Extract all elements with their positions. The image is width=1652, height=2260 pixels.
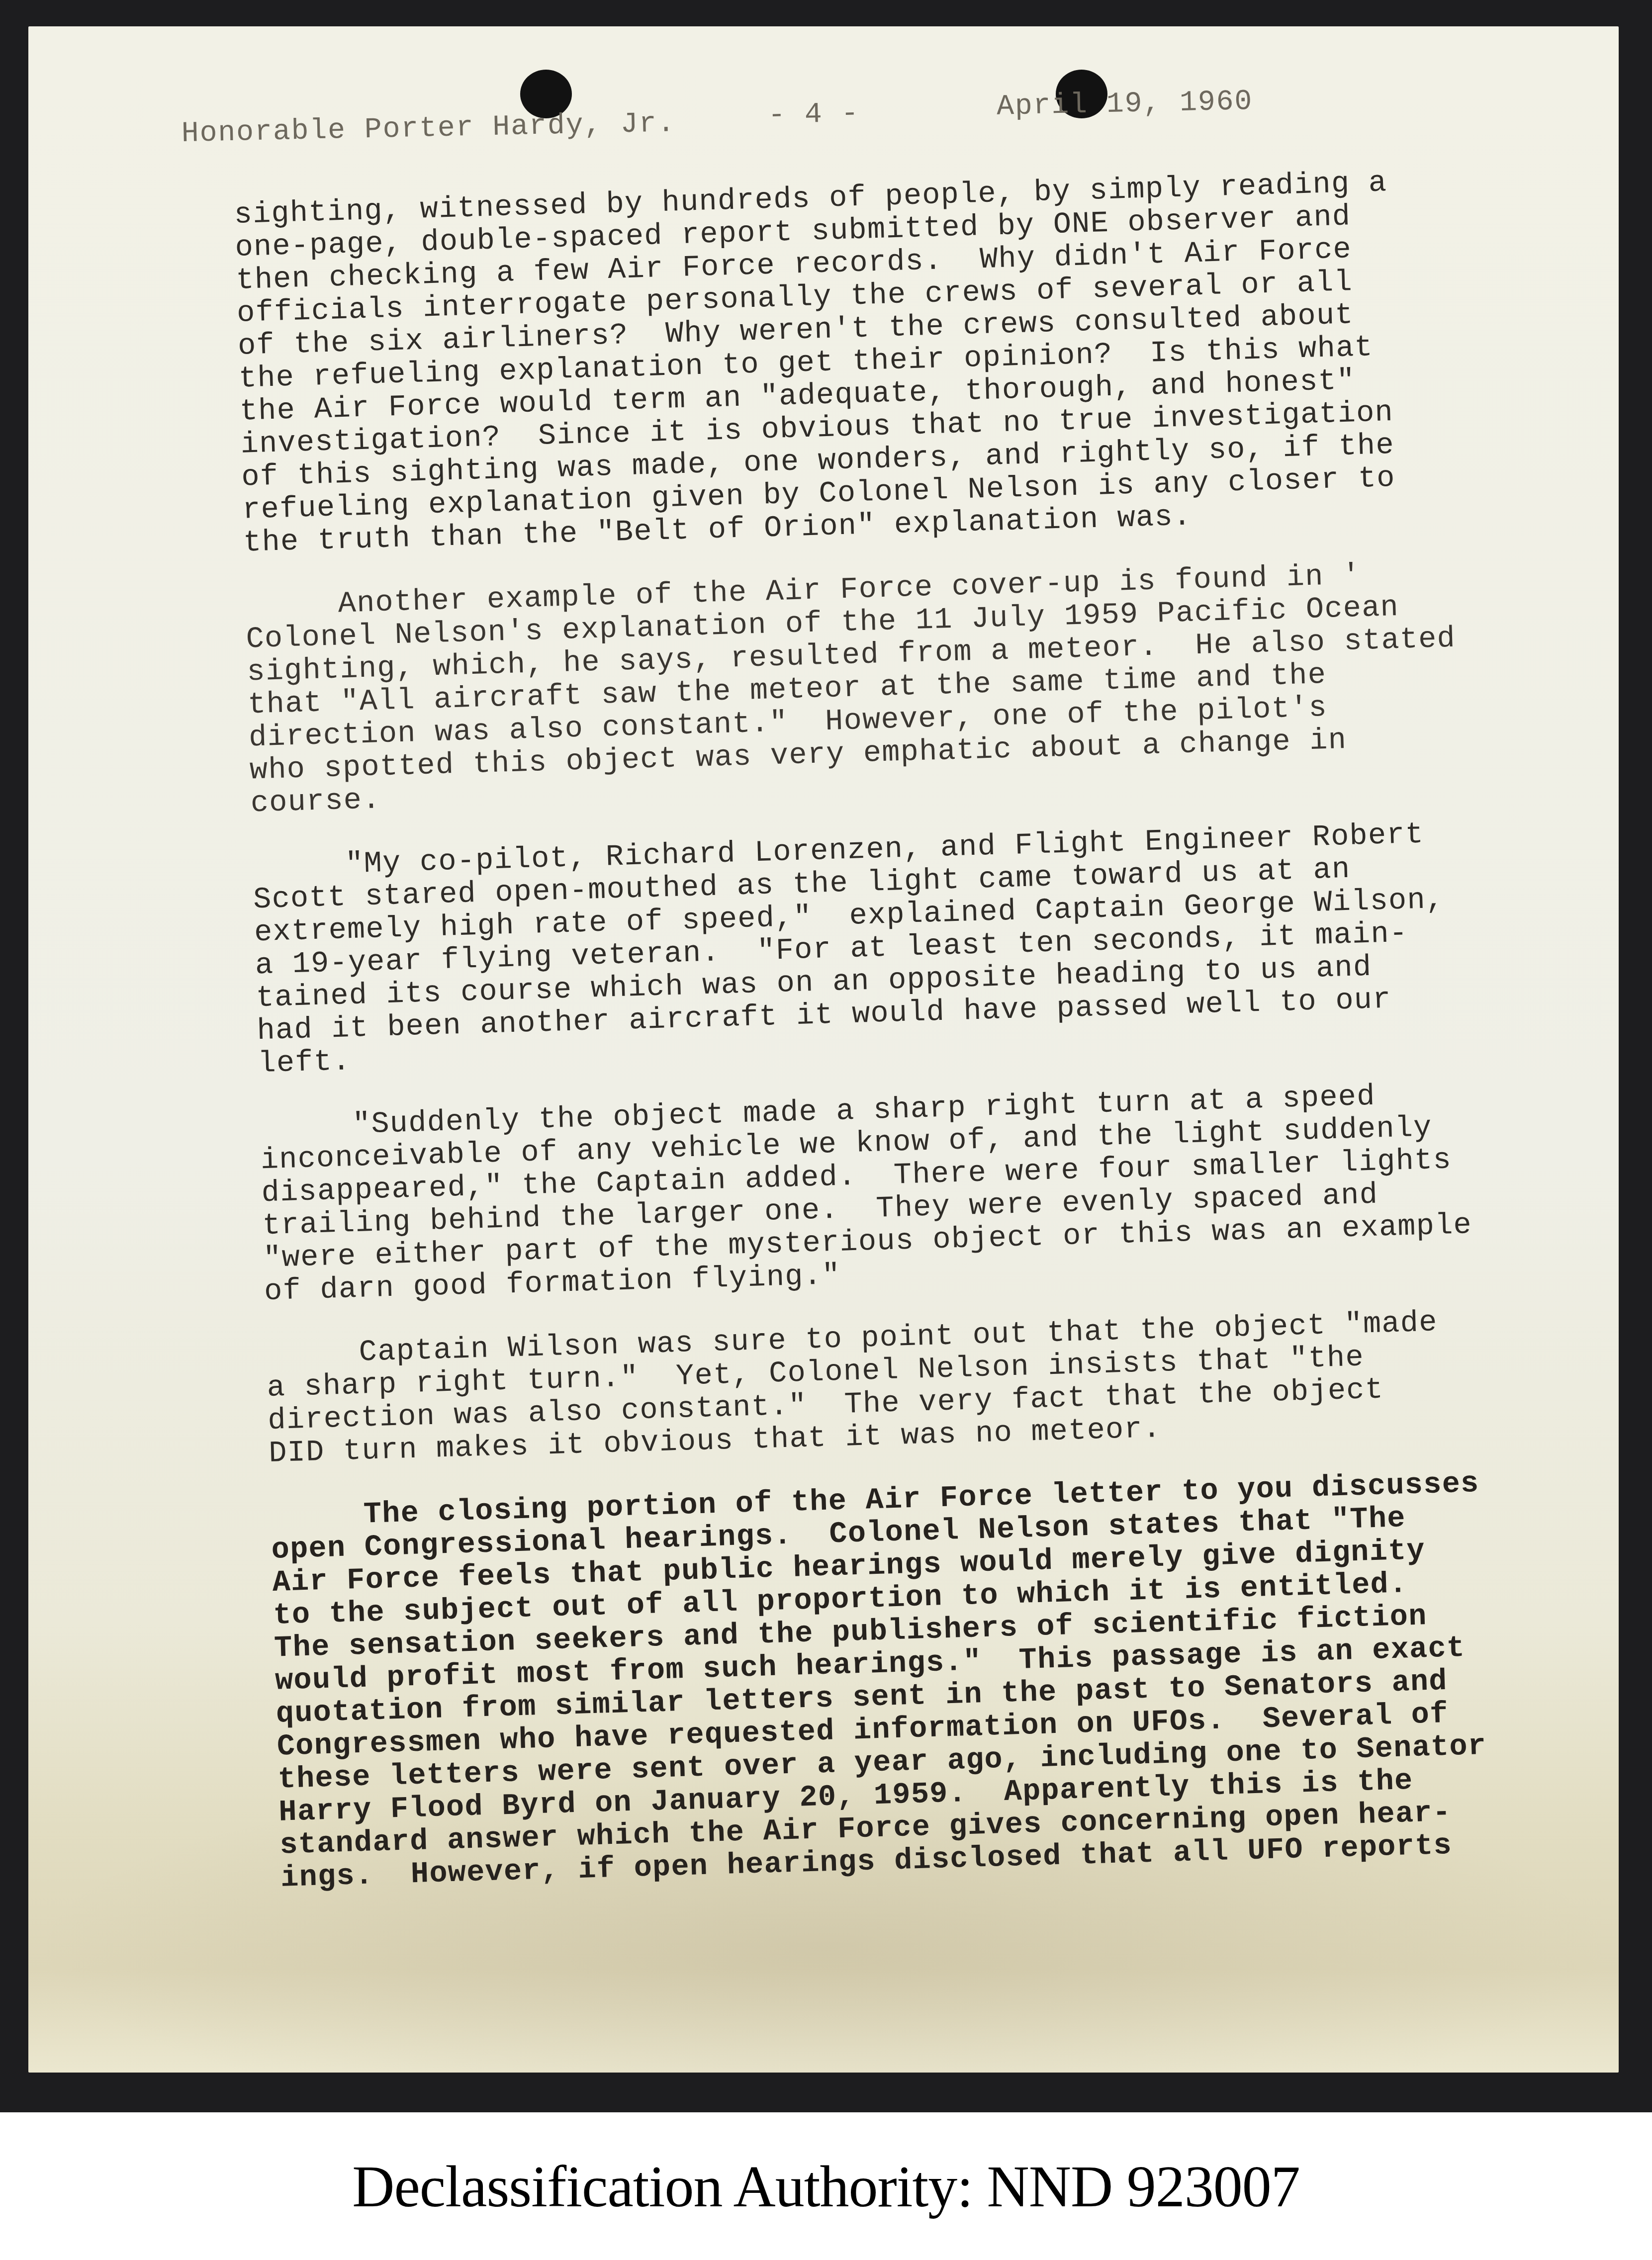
page-number: - 4 - [768, 97, 860, 132]
paragraph-4: "Suddenly the object made a sharp right … [259, 1076, 1547, 1308]
paragraph-1: sighting, witnessed by hundreds of peopl… [234, 163, 1526, 560]
paragraph-5: Captain Wilson was sure to point out tha… [266, 1303, 1552, 1470]
declassification-caption: Declassification Authority: NND 923007 [0, 2153, 1652, 2221]
header-addressee: Honorable Porter Hardy, Jr. [181, 107, 676, 150]
paragraph-3: "My co-pilot, Richard Lorenzen, and Flig… [252, 815, 1541, 1081]
header-date: April 19, 1960 [996, 86, 1253, 123]
paragraph-6: The closing portion of the Air Force let… [270, 1465, 1563, 1895]
letter-body: sighting, witnessed by hundreds of peopl… [234, 163, 1564, 1926]
paragraph-2: Another example of the Air Force cover-u… [245, 555, 1534, 820]
